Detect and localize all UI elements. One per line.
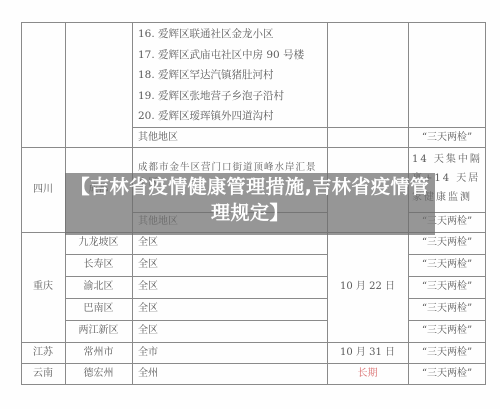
area-cell: 全州 xyxy=(138,368,158,380)
row-divider xyxy=(21,147,486,148)
row-divider xyxy=(65,320,327,321)
district-cell: 巴南区 xyxy=(65,303,132,315)
date-cell: 10 月 31 日 xyxy=(327,347,408,359)
district-cell: 渝北区 xyxy=(65,281,132,293)
measure-cell: “三天两检” xyxy=(408,368,486,380)
row-divider xyxy=(408,320,486,321)
province-cell: 云南 xyxy=(21,368,65,380)
district-cell: 两江新区 xyxy=(65,325,132,337)
district-cell: 德宏州 xyxy=(65,368,132,380)
list-item: 20. 爱辉区瑷珲镇外四道沟村 xyxy=(138,106,304,127)
table-border-bottom xyxy=(21,384,486,385)
row-divider xyxy=(65,298,327,299)
list-item: 19. 爱辉区张地营子乡泡子沿村 xyxy=(138,86,304,107)
row-divider xyxy=(408,298,486,299)
area-cell: 全区 xyxy=(138,281,158,293)
row-divider xyxy=(65,254,327,255)
table-border-left xyxy=(21,22,22,385)
address-list: 16. 爱辉区联通社区金龙小区 17. 爱辉区武庙屯社区中房 90 号楼 18.… xyxy=(138,24,304,127)
document-page: 16. 爱辉区联通社区金龙小区 17. 爱辉区武庙屯社区中房 90 号楼 18.… xyxy=(0,0,500,409)
measure-cell: “三天两检” xyxy=(408,347,486,359)
date-cell: 长期 xyxy=(327,368,408,380)
list-item: 17. 爱辉区武庙屯社区中房 90 号楼 xyxy=(138,45,304,66)
banner-title: 【吉林省疫情健康管理措施,吉林省疫情管理规定】 xyxy=(65,174,435,226)
row-divider xyxy=(132,127,486,128)
row-divider xyxy=(408,276,486,277)
area-cell: 全区 xyxy=(138,325,158,337)
measure-cell: “三天两检” xyxy=(408,132,486,144)
row-divider xyxy=(65,276,327,277)
province-cell: 重庆 xyxy=(21,281,65,293)
area-cell: 全市 xyxy=(138,347,158,359)
row-divider xyxy=(21,342,486,343)
list-item: 16. 爱辉区联通社区金龙小区 xyxy=(138,24,304,45)
measure-cell: “三天两检” xyxy=(408,325,486,337)
area-cell: 其他地区 xyxy=(138,132,178,144)
measure-cell: “三天两检” xyxy=(408,281,486,293)
district-cell: 九龙坡区 xyxy=(65,237,132,249)
table-border-top xyxy=(21,22,486,23)
measure-cell: “三天两检” xyxy=(408,259,486,271)
row-divider xyxy=(408,254,486,255)
province-cell: 四川 xyxy=(21,184,65,196)
list-item: 18. 爱辉区罕达汽镇猪肚河村 xyxy=(138,65,304,86)
measure-cell: “三天两检” xyxy=(408,237,486,249)
district-cell: 长寿区 xyxy=(65,259,132,271)
district-cell: 常州市 xyxy=(65,347,132,359)
row-divider xyxy=(21,363,486,364)
measure-cell: “三天两检” xyxy=(408,303,486,315)
area-cell: 全区 xyxy=(138,303,158,315)
area-cell: 全区 xyxy=(138,259,158,271)
date-cell: 10 月 22 日 xyxy=(327,281,408,293)
province-cell: 江苏 xyxy=(21,347,65,359)
area-cell: 全区 xyxy=(138,237,158,249)
